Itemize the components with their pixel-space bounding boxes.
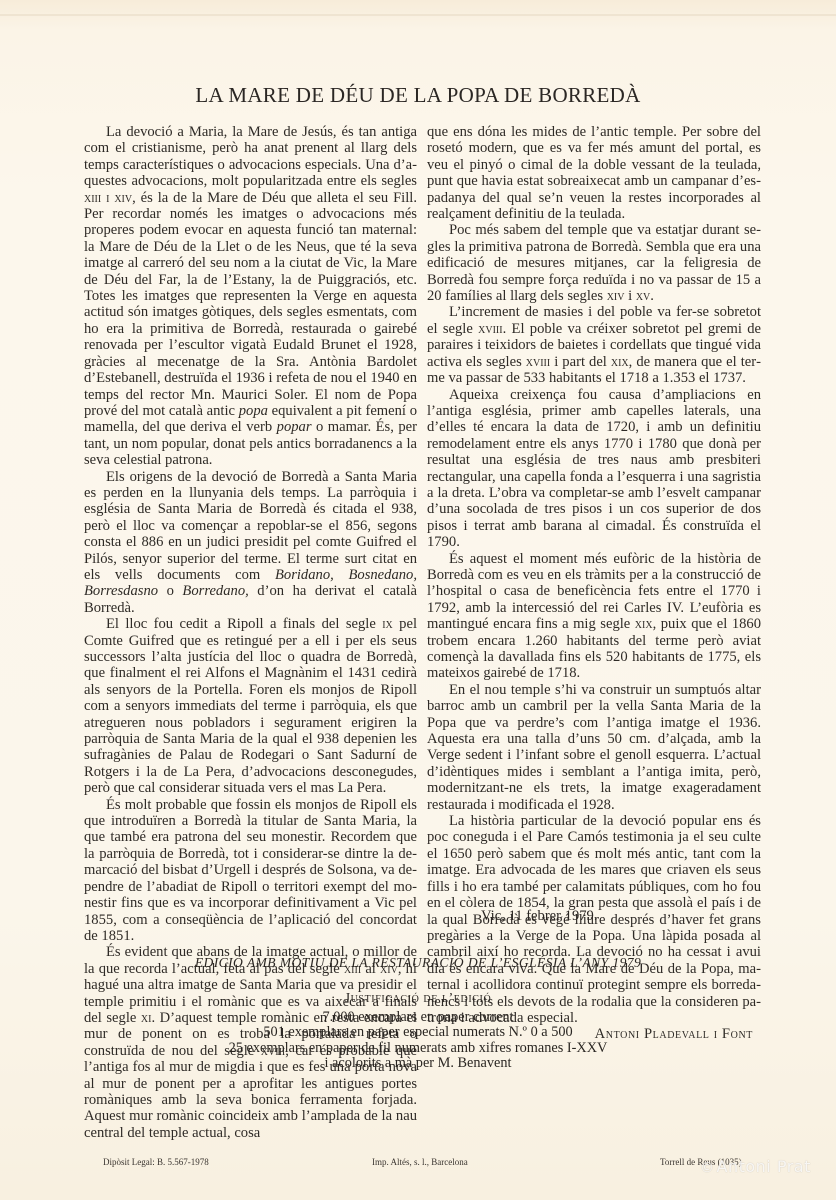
page-title: LA MARE DE DÉU DE LA POPA DE BORREDÀ (0, 83, 836, 108)
paragraph: Aqueixa creixença fou causa d’ampliacion… (427, 387, 761, 551)
place-date: Vic, 11 febrer 1979. (481, 908, 598, 925)
edition-heading: EDICIÓ AMB MOTIU DE LA RESTAURACIÓ DE L’… (0, 955, 836, 971)
paragraph: L’increment de masies i del poble va fer… (427, 304, 761, 386)
justification-line: 7.000 exemplars en paper corrent (0, 1010, 836, 1026)
printer-credit: Imp. Altés, s. l., Barcelona (372, 1157, 468, 1167)
justification-line: 501 exemplars en paper especial numerats… (0, 1025, 836, 1041)
paragraph: En el nou temple s’hi va construir un su… (427, 682, 761, 813)
justification-line: i acolorits a mà per M. Benavent (0, 1056, 836, 1072)
paragraph: Els origens de la devoció de Borredà a S… (84, 469, 417, 617)
watermark-text: Antoni Prat (717, 1157, 811, 1176)
paragraph: Poc més sabem del temple que va estatjar… (427, 222, 761, 304)
paragraph: que ens dóna les mides de l’antic temple… (427, 124, 761, 222)
right-text-column: que ens dóna les mides de l’antic temple… (427, 124, 761, 1043)
edition-justification: Justificació de l’edició 7.000 exemplars… (0, 990, 836, 1072)
paragraph: El lloc fou cedit a Ripoll a finals del … (84, 616, 417, 796)
copyright-icon: © (700, 1160, 715, 1176)
justification-line: 25 exemplars en paper de fil numerats am… (0, 1041, 836, 1057)
paragraph: La devoció a Maria, la Mare de Jesús, és… (84, 124, 417, 469)
paper-fold-mark (0, 14, 836, 16)
paragraph: És aquest el moment més eufòric de la hi… (427, 551, 761, 682)
left-text-column: La devoció a Maria, la Mare de Jesús, és… (84, 124, 417, 1141)
paragraph: És molt probable que fossin els monjos d… (84, 797, 417, 945)
scanned-page: LA MARE DE DÉU DE LA POPA DE BORREDÀ La … (0, 0, 836, 1200)
copyright-watermark: ©Antoni Prat (700, 1157, 811, 1176)
justification-title: Justificació de l’edició (0, 990, 836, 1006)
legal-deposit: Dipòsit Legal: B. 5.567-1978 (103, 1157, 209, 1167)
